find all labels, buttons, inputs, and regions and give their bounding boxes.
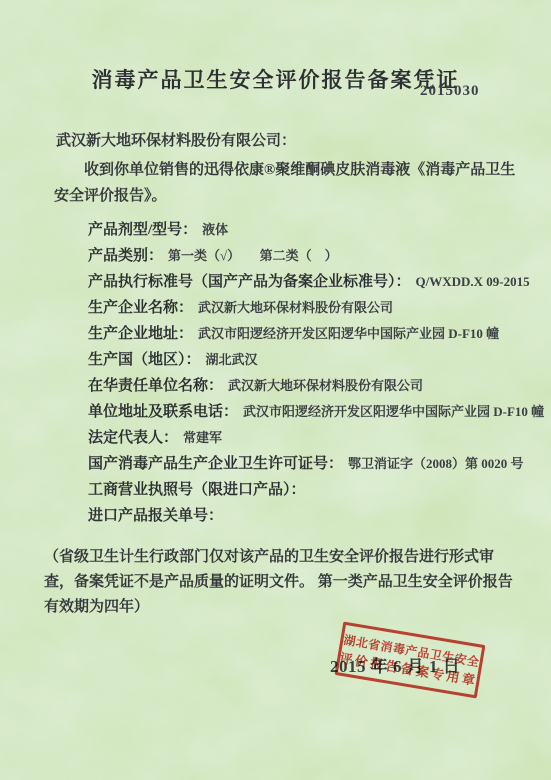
- field-row-responsible-unit: 在华责任单位名称：武汉新大地环保材料股份有限公司: [88, 373, 531, 399]
- field-label: 产品执行标准号（国产产品为备案企业标准号）：: [88, 274, 411, 290]
- field-label: 产品类别：: [88, 248, 163, 264]
- field-value: Q/WXDD.X 09-2015: [416, 274, 530, 289]
- field-label: 在华责任单位名称：: [88, 378, 223, 394]
- field-row-product-category: 产品类别：第一类（√） 第二类（ ）: [88, 243, 531, 269]
- field-value: 武汉市阳逻经济开发区阳逻华中国际产业园 D-F10 幢: [198, 326, 499, 341]
- field-value: 武汉市阳逻经济开发区阳逻华中国际产业园 D-F10 幢: [243, 404, 544, 419]
- field-label: 生产企业地址：: [88, 326, 193, 342]
- field-value: 湖北武汉: [206, 352, 258, 367]
- field-row-production-country: 生产国（地区）：湖北武汉: [88, 347, 531, 373]
- field-row-unit-address-phone: 单位地址及联系电话：武汉市阳逻经济开发区阳逻华中国际产业园 D-F10 幢: [88, 399, 531, 425]
- field-label: 产品剂型/型号：: [88, 222, 197, 238]
- field-label: 生产企业名称：: [88, 300, 193, 316]
- field-label: 法定代表人：: [88, 430, 178, 446]
- field-row-hygiene-license: 国产消毒产品生产企业卫生许可证号：鄂卫消证字（2008）第 0020 号: [88, 451, 531, 477]
- field-row-business-license: 工商营业执照号（限进口产品）：: [88, 477, 531, 503]
- field-value: 武汉新大地环保材料股份有限公司: [228, 378, 423, 393]
- field-label: 进口产品报关单号：: [88, 508, 223, 524]
- footnote-paragraph: （省级卫生计生行政部门仅对该产品的卫生安全评价报告进行形式审查，备案凭证不是产品…: [44, 545, 513, 620]
- recipient-company-line: 武汉新大地环保材料股份有限公司：: [56, 130, 515, 152]
- stamp-date: 2015 年 6 月 1 日: [330, 652, 460, 677]
- field-row-customs-declaration: 进口产品报关单号：: [88, 503, 531, 529]
- field-value: 液体: [202, 222, 228, 237]
- field-value: 武汉新大地环保材料股份有限公司: [198, 300, 393, 315]
- field-value: 常建军: [183, 430, 222, 445]
- field-label: 国产消毒产品生产企业卫生许可证号：: [88, 456, 343, 472]
- field-row-standard-number: 产品执行标准号（国产产品为备案企业标准号）：Q/WXDD.X 09-2015: [88, 269, 531, 295]
- field-label: 生产国（地区）：: [88, 352, 201, 368]
- certificate-page: 2015030 消毒产品卫生安全评价报告备案凭证 武汉新大地环保材料股份有限公司…: [0, 0, 551, 780]
- field-label: 工商营业执照号（限进口产品）：: [88, 482, 306, 498]
- field-row-manufacturer-address: 生产企业地址：武汉市阳逻经济开发区阳逻华中国际产业园 D-F10 幢: [88, 321, 531, 347]
- field-row-legal-representative: 法定代表人：常建军: [88, 425, 531, 451]
- field-value: 鄂卫消证字（2008）第 0020 号: [348, 456, 524, 471]
- intro-paragraph: 收到你单位销售的迅得依康®聚维酮碘皮肤消毒液《消毒产品卫生安全评价报告》。: [54, 157, 517, 209]
- fields-list: 产品剂型/型号：液体 产品类别：第一类（√） 第二类（ ） 产品执行标准号（国产…: [88, 217, 531, 529]
- document-number: 2015030: [420, 83, 480, 100]
- field-row-product-form: 产品剂型/型号：液体: [88, 217, 531, 243]
- field-row-manufacturer-name: 生产企业名称：武汉新大地环保材料股份有限公司: [88, 295, 531, 321]
- document-body: 2015030 消毒产品卫生安全评价报告备案凭证 武汉新大地环保材料股份有限公司…: [0, 64, 551, 620]
- field-label: 单位地址及联系电话：: [88, 404, 238, 420]
- field-value: 第一类（√） 第二类（ ）: [168, 248, 338, 263]
